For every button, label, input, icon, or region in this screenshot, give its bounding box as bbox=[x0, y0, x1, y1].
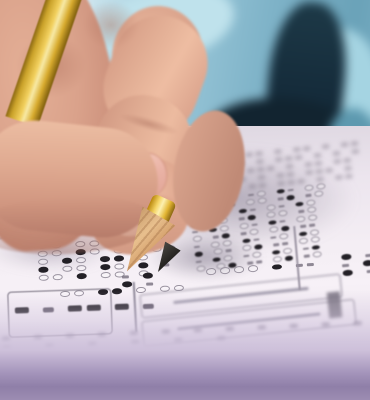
hand-front bbox=[0, 0, 370, 400]
photo-exam-bubble-sheet: Close-up photograph of a hand gripping a… bbox=[0, 0, 370, 400]
